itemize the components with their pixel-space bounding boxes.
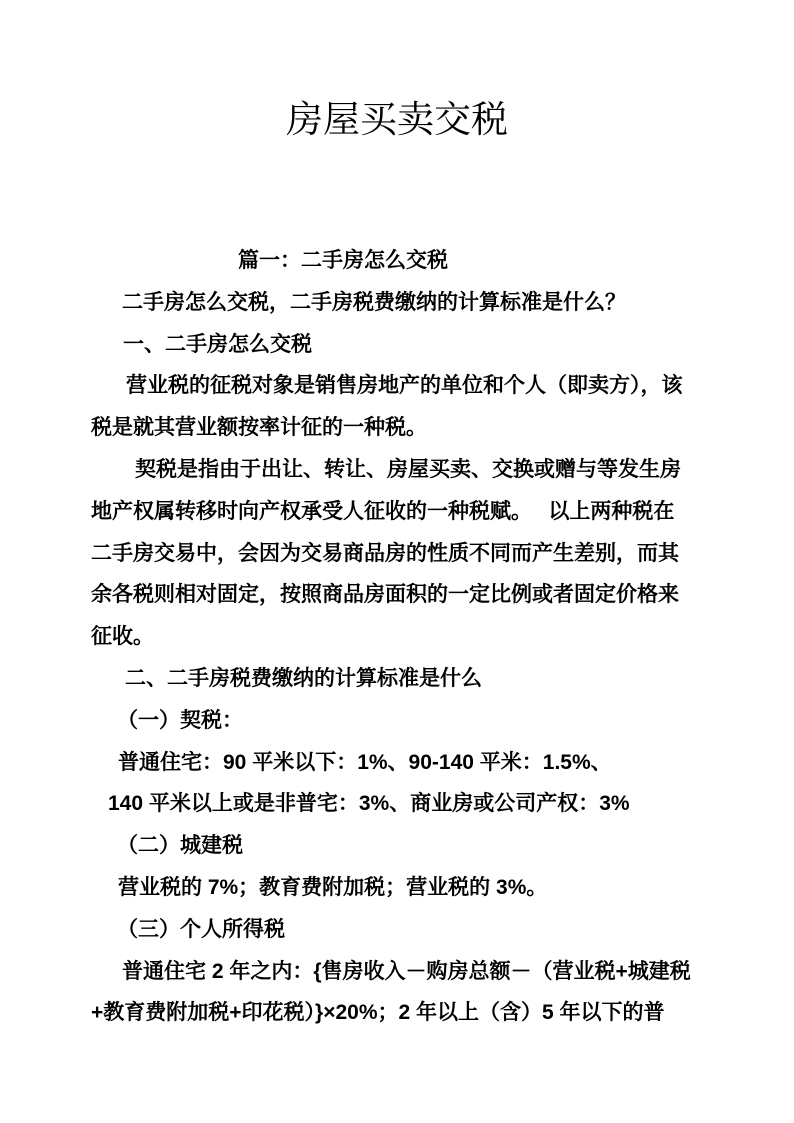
text-line: 140 平米以上或是非普宅：3%、商业房或公司产权：3%	[91, 783, 711, 825]
text-line: 篇一：二手房怎么交税	[91, 240, 711, 282]
document-page: 房屋买卖交税 篇一：二手房怎么交税二手房怎么交税，二手房税费缴纳的计算标准是什么…	[0, 0, 794, 1123]
text-line: 征收。	[91, 616, 711, 658]
text-line: 地产权属转移时向产权承受人征收的一种税赋。 以上两种税在	[91, 491, 711, 533]
text-line: 普通住宅 2 年之内：{售房收入－购房总额－（营业税+城建税	[91, 951, 711, 993]
text-line: 营业税的 7%；教育费附加税；营业税的 3%。	[91, 867, 711, 909]
text-line: 二、二手房税费缴纳的计算标准是什么	[91, 658, 711, 700]
text-line: 契税是指由于出让、转让、房屋买卖、交换或赠与等发生房	[91, 449, 711, 491]
document-body: 篇一：二手房怎么交税二手房怎么交税，二手房税费缴纳的计算标准是什么？一、二手房怎…	[91, 240, 711, 1034]
text-line: 余各税则相对固定，按照商品房面积的一定比例或者固定价格来	[91, 574, 711, 616]
text-line: （三）个人所得税	[91, 909, 711, 951]
document-title: 房屋买卖交税	[0, 97, 794, 145]
text-line: （二）城建税	[91, 825, 711, 867]
text-line: 普通住宅：90 平米以下：1%、90-140 平米：1.5%、	[91, 742, 711, 784]
text-line: 二手房交易中，会因为交易商品房的性质不同而产生差别，而其	[91, 533, 711, 575]
text-line: 二手房怎么交税，二手房税费缴纳的计算标准是什么？	[91, 282, 711, 324]
text-line: 一、二手房怎么交税	[91, 324, 711, 366]
text-line: 税是就其营业额按率计征的一种税。	[91, 407, 711, 449]
text-line: 营业税的征税对象是销售房地产的单位和个人（即卖方），该	[91, 365, 711, 407]
text-line: +教育费附加税+印花税）}×20%；2 年以上（含）5 年以下的普	[91, 992, 711, 1034]
text-line: （一）契税：	[91, 700, 711, 742]
